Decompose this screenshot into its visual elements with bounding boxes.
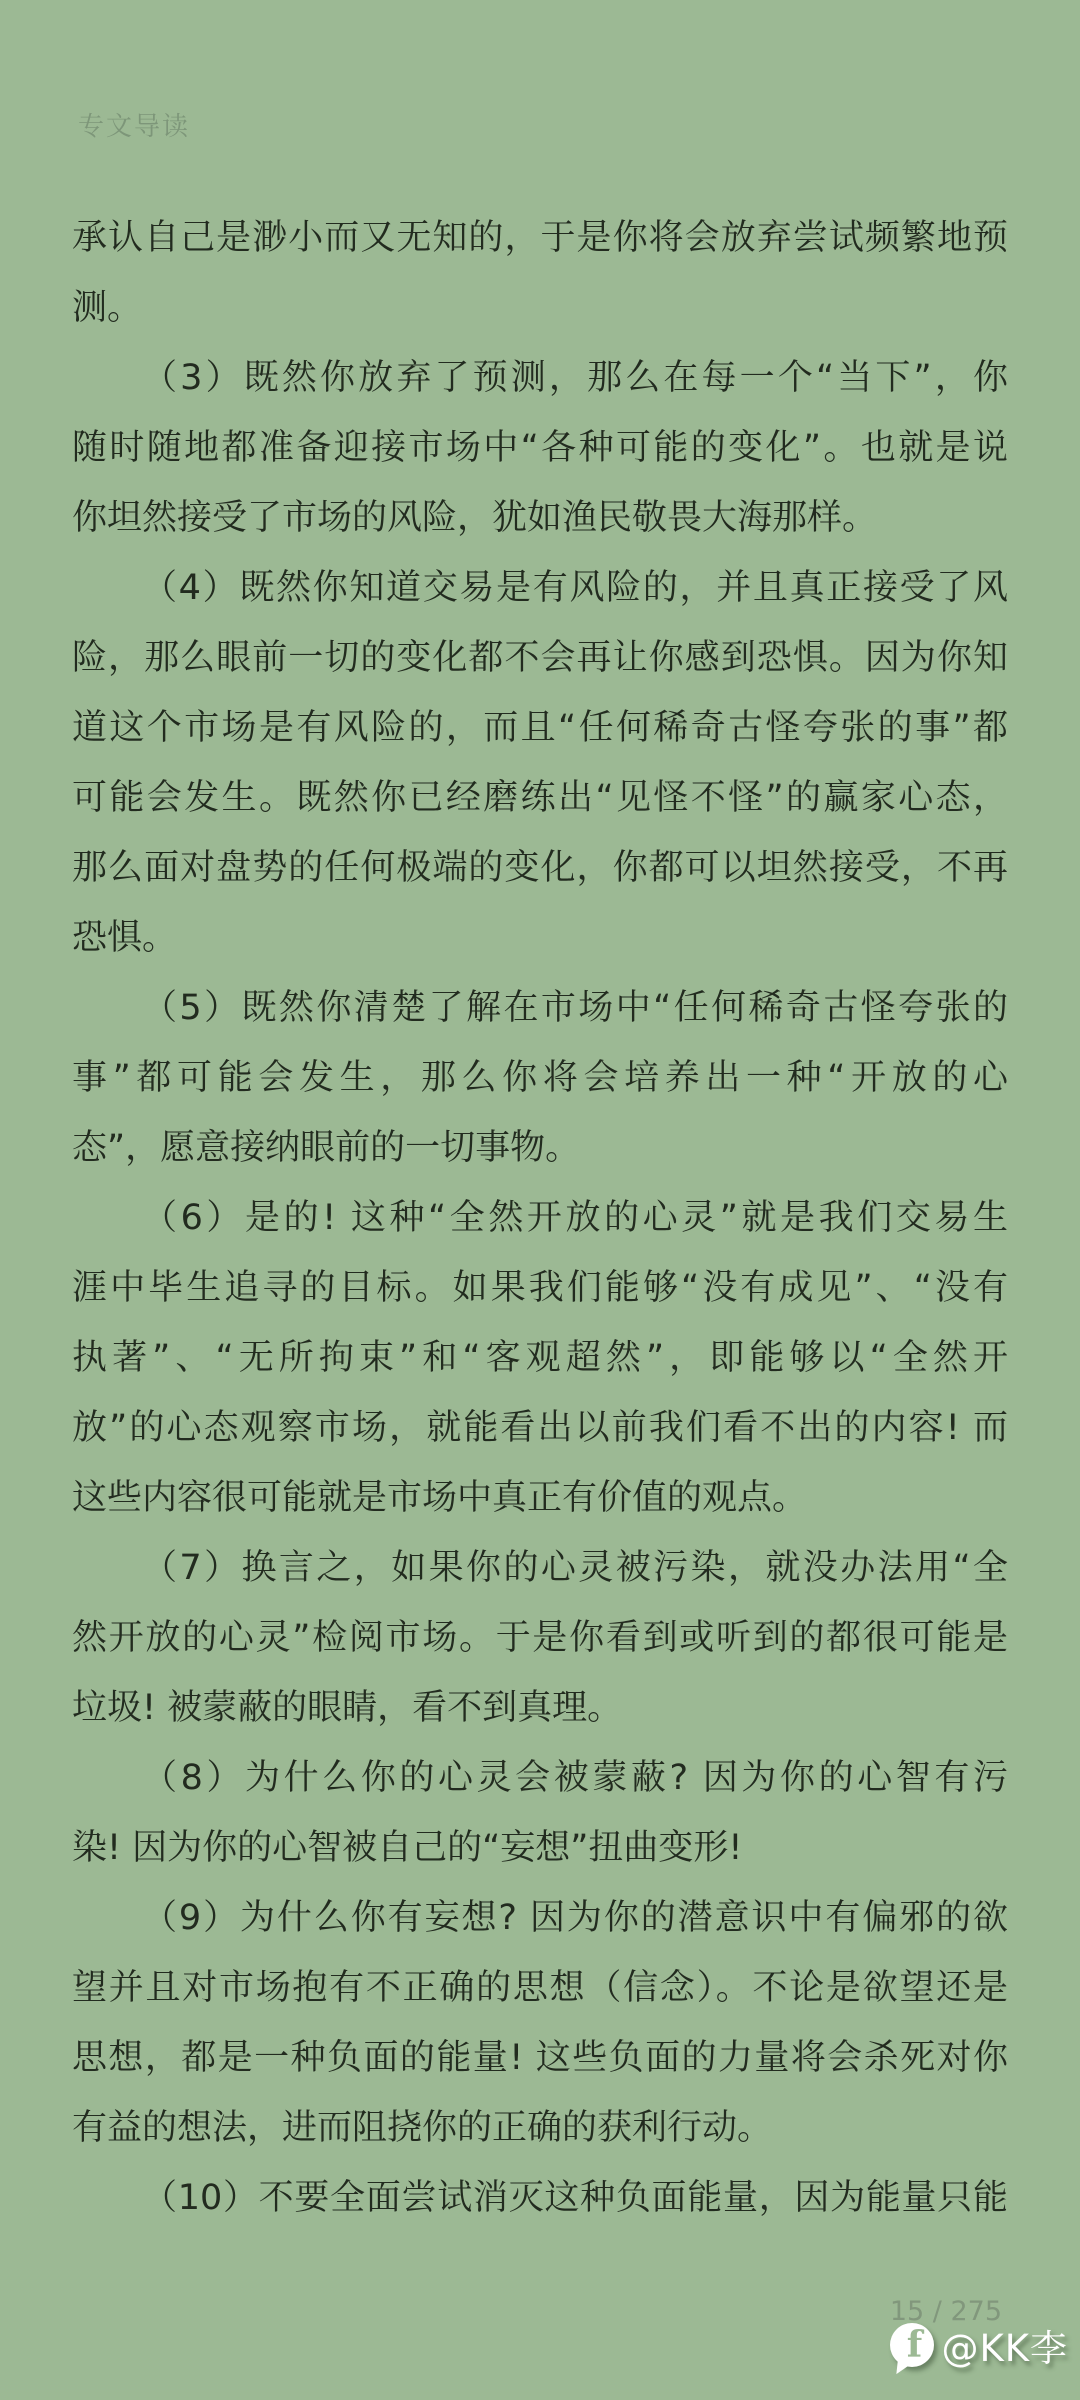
text-line: 那么面对盘势的任何极端的变化，你都可以坦然接受，不再 [72,833,1008,903]
text-line: （8）为什么你的心灵会被蒙蔽? 因为你的心智有污 [72,1743,1008,1813]
text-line: （6）是的! 这种“全然开放的心灵”就是我们交易生 [72,1183,1008,1253]
text-line: 恐惧。 [72,903,1008,973]
watermark-handle: @KK李 [941,2318,1068,2372]
text-line: （10）不要全面尝试消灭这种负面能量，因为能量只能 [72,2163,1008,2233]
text-line: 测。 [72,273,1008,343]
text-line: （4）既然你知道交易是有风险的，并且真正接受了风 [72,553,1008,623]
reader-page[interactable]: 专文导读 承认自己是渺小而又无知的，于是你将会放弃尝试频繁地预测。（3）既然你放… [0,0,1080,2400]
text-line: 事”都可能会发生，那么你将会培养出一种“开放的心 [72,1043,1008,1113]
text-line: 执著”、“无所拘束”和“客观超然”，即能够以“全然开 [72,1323,1008,1393]
text-line: 险，那么眼前一切的变化都不会再让你感到恐惧。因为你知 [72,623,1008,693]
text-line: 思想，都是一种负面的能量! 这些负面的力量将会杀死对你 [72,2023,1008,2093]
text-line: 染! 因为你的心智被自己的“妄想”扭曲变形! [72,1813,1008,1883]
text-line: 望并且对市场抱有不正确的思想（信念）。不论是欲望还是 [72,1953,1008,2023]
text-line: （3）既然你放弃了预测，那么在每一个“当下”，你 [72,343,1008,413]
text-line: 放”的心态观察市场，就能看出以前我们看不出的内容! 而 [72,1393,1008,1463]
text-line: （5）既然你清楚了解在市场中“任何稀奇古怪夸张的 [72,973,1008,1043]
text-line: 可能会发生。既然你已经磨练出“见怪不怪”的赢家心态， [72,763,1008,833]
watermark: f @KK李 [890,2318,1068,2372]
chapter-title: 专文导读 [78,106,190,143]
text-line: 然开放的心灵”检阅市场。于是你看到或听到的都很可能是 [72,1603,1008,1673]
text-line: 垃圾! 被蒙蔽的眼睛，看不到真理。 [72,1673,1008,1743]
text-line: 道这个市场是有风险的，而且“任何稀奇古怪夸张的事”都 [72,693,1008,763]
text-line: 承认自己是渺小而又无知的，于是你将会放弃尝试频繁地预 [72,203,1008,273]
text-line: （7）换言之，如果你的心灵被污染，就没办法用“全 [72,1533,1008,1603]
text-line: （9）为什么你有妄想? 因为你的潜意识中有偏邪的欲 [72,1883,1008,1953]
text-line: 你坦然接受了市场的风险，犹如渔民敬畏大海那样。 [72,483,1008,553]
text-line: 这些内容很可能就是市场中真正有价值的观点。 [72,1463,1008,1533]
text-line: 随时随地都准备迎接市场中“各种可能的变化”。也就是说 [72,413,1008,483]
text-line: 涯中毕生追寻的目标。如果我们能够“没有成见”、“没有 [72,1253,1008,1323]
facebook-icon-tail [897,2361,913,2375]
text-block: 承认自己是渺小而又无知的，于是你将会放弃尝试频繁地预测。（3）既然你放弃了预测，… [72,203,1008,2233]
text-line: 态”，愿意接纳眼前的一切事物。 [72,1113,1008,1183]
text-line: 有益的想法，进而阻挠你的正确的获利行动。 [72,2093,1008,2163]
facebook-icon: f [890,2323,934,2367]
